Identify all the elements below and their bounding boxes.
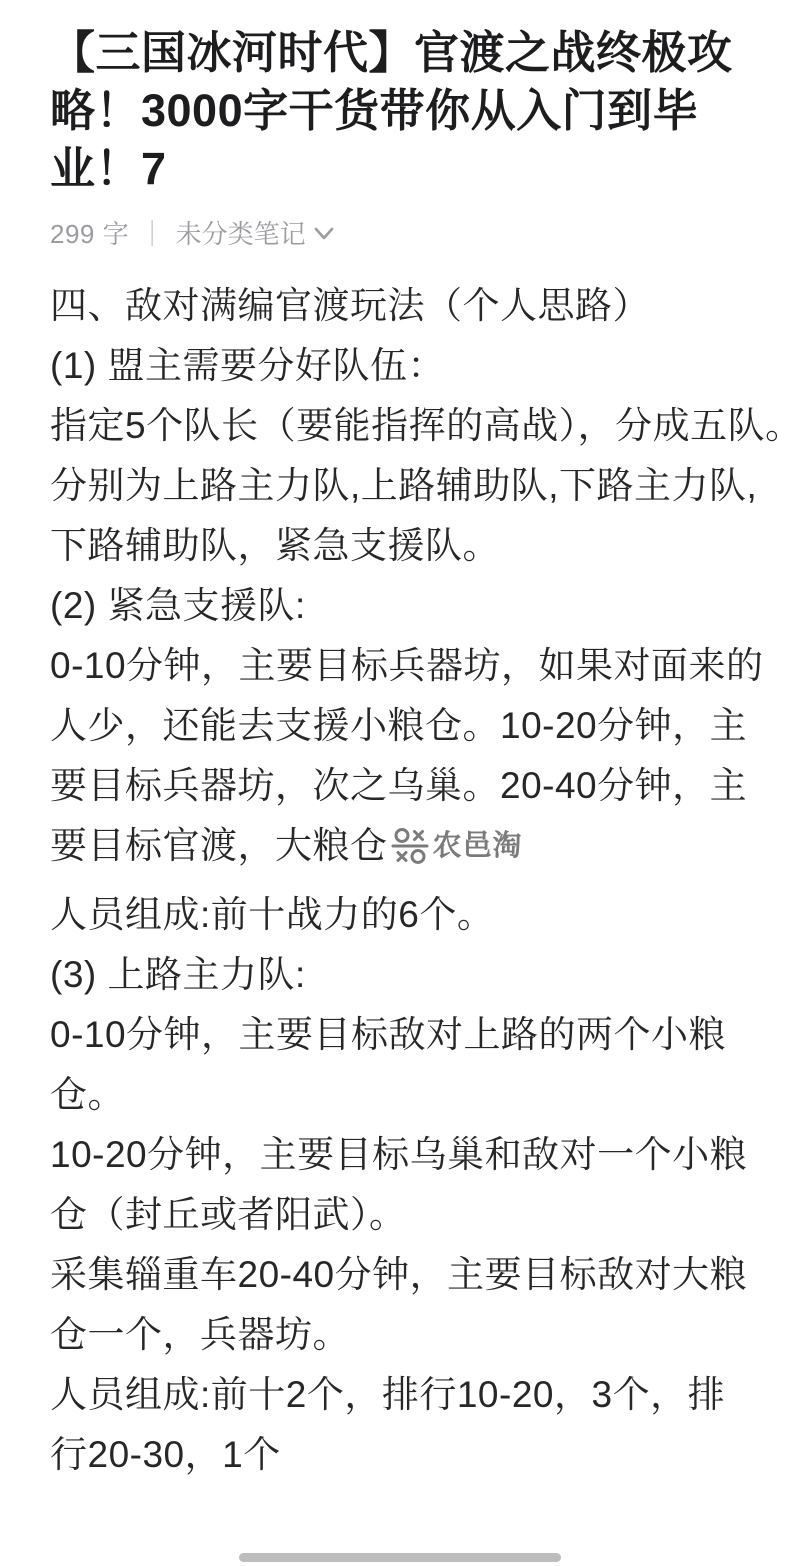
watermark-label: 农邑淘 — [433, 816, 523, 876]
note-page: 【三国冰河时代】官渡之战终极攻 略！3000字干货带你从入门到毕 业！7 299… — [0, 0, 800, 1566]
category-selector[interactable]: 未分类笔记 — [176, 214, 336, 251]
text-line: 四、敌对满编官渡玩法（个人思路） — [50, 276, 762, 336]
text-line-with-watermark: 要目标官渡，大粮仓 农邑淘 — [50, 816, 762, 876]
text-line: 指定5个队长（要能指挥的高战），分成五队。 — [50, 396, 762, 456]
text-line: 0-10分钟，主要目标兵器坊，如果对面来的 — [50, 636, 762, 696]
category-label: 未分类笔记 — [176, 214, 306, 251]
note-meta-row: 299 字 ｜ 未分类笔记 — [50, 214, 762, 250]
text-line: 下路辅助队，紧急支援队。 — [50, 516, 762, 576]
chevron-down-icon — [312, 225, 336, 243]
text-line: 要目标兵器坊，次之乌巢。20-40分钟，主 — [50, 756, 762, 816]
text-line: 仓一个，兵器坊。 — [50, 1305, 762, 1365]
title-line: 略！3000字干货带你从入门到毕 — [50, 82, 762, 140]
word-count: 299 字 — [50, 214, 129, 251]
text-line: 行20-30，1个 — [50, 1425, 762, 1485]
text-line: (3) 上路主力队: — [50, 945, 762, 1005]
title-line: 业！7 — [50, 140, 762, 198]
text-line: 人员组成:前十战力的6个。 — [50, 885, 762, 945]
text-line: (1) 盟主需要分好队伍： — [50, 336, 762, 396]
note-body: 四、敌对满编官渡玩法（个人思路） (1) 盟主需要分好队伍： 指定5个队长（要能… — [0, 276, 800, 1485]
text-line: 人少，还能去支援小粮仓。10-20分钟，主 — [50, 696, 762, 756]
text-line: (2) 紧急支援队: — [50, 576, 762, 636]
watermark: 农邑淘 — [390, 816, 523, 876]
text-line: 采集辎重车20-40分钟，主要目标敌对大粮 — [50, 1245, 762, 1305]
note-title: 【三国冰河时代】官渡之战终极攻 略！3000字干货带你从入门到毕 业！7 — [0, 0, 800, 198]
text-line: 仓（封丘或者阳武）。 — [50, 1185, 762, 1245]
text-line: 10-20分钟，主要目标乌巢和敌对一个小粮 — [50, 1125, 762, 1185]
text-line: 0-10分钟，主要目标敌对上路的两个小粮 — [50, 1005, 762, 1065]
ox-circle-cross-logo-icon — [390, 826, 430, 866]
text-line: 仓。 — [50, 1065, 762, 1125]
meta-divider: ｜ — [139, 214, 166, 251]
text-line: 人员组成:前十2个，排行10-20，3个，排 — [50, 1365, 762, 1425]
home-indicator — [239, 1553, 561, 1562]
text-line: 分别为上路主力队,上路辅助队,下路主力队, — [50, 456, 762, 516]
text-line: 要目标官渡，大粮仓 — [50, 816, 388, 876]
title-line: 【三国冰河时代】官渡之战终极攻 — [50, 24, 762, 82]
